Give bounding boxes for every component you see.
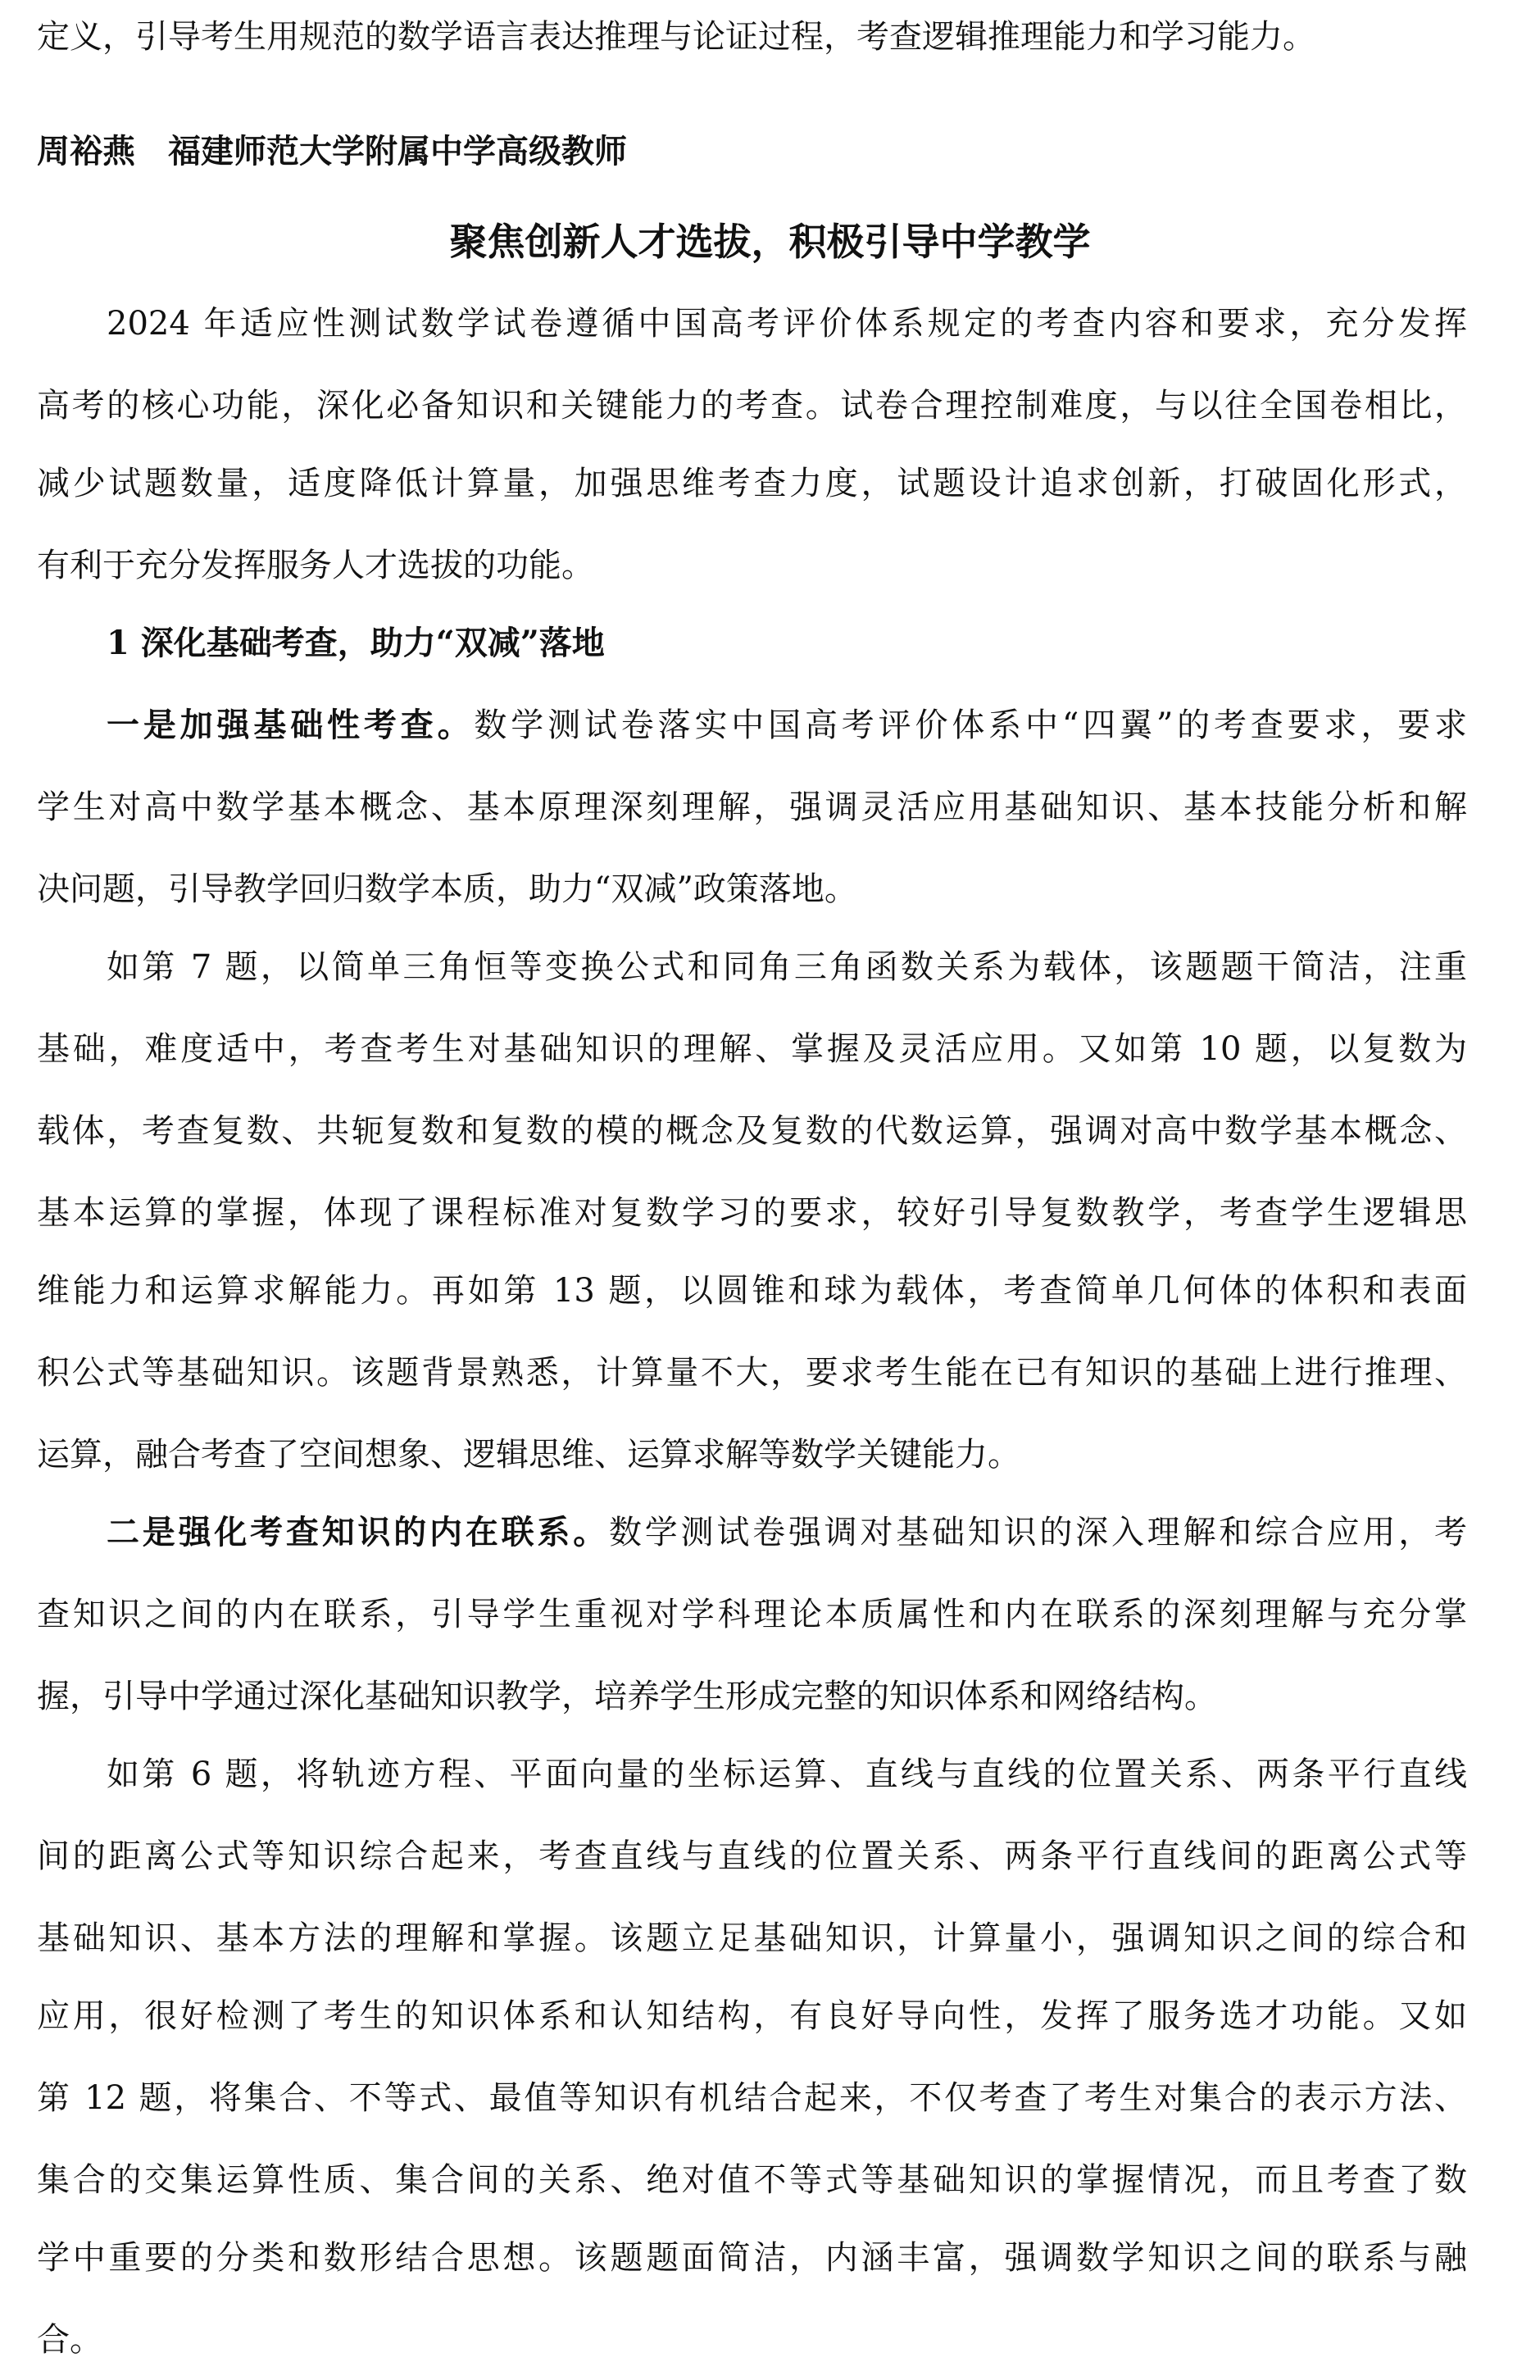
paragraph-line: 查知识之间的内在联系，引导学生重视对学科理论本质属性和内在联系的深刻理解与充分掌 xyxy=(37,1592,1467,1637)
intro-tail-text: 定义，引导考生用规范的数学语言表达推理与论证过程，考查逻辑推理能力和学习能力。 xyxy=(37,14,1467,60)
paragraph-line: 2024 年适应性测试数学试卷遵循中国高考评价体系规定的考查内容和要求，充分发挥 xyxy=(107,301,1467,347)
paragraph-line: 间的距离公式等知识综合起来，考查直线与直线的位置关系、两条平行直线间的距离公式等 xyxy=(37,1833,1467,1879)
paragraph-line: 基础，难度适中，考查考生对基础知识的理解、掌握及灵活应用。又如第 10 题，以复… xyxy=(37,1026,1467,1072)
paragraph-line: 基本运算的掌握，体现了课程标准对复数学习的要求，较好引导复数教学，考查学生逻辑思 xyxy=(37,1190,1467,1236)
paragraph-line: 如第 6 题，将轨迹方程、平面向量的坐标运算、直线与直线的位置关系、两条平行直线 xyxy=(107,1751,1467,1797)
paragraph-text: 数学测试卷落实中国高考评价体系中“四翼”的考查要求，要求 xyxy=(474,706,1467,744)
author-line: 周裕燕 福建师范大学附属中学高级教师 xyxy=(37,129,1467,175)
paragraph-line: 运算，融合考查了空间想象、逻辑思维、运算求解等数学关键能力。 xyxy=(37,1432,1467,1478)
paragraph-line: 减少试题数量，适度降低计算量，加强思维考查力度，试题设计追求创新，打破固化形式， xyxy=(37,461,1467,506)
paragraph-line: 第 12 题，将集合、不等式、最值等知识有机结合起来，不仅考查了考生对集合的表示… xyxy=(37,2075,1467,2121)
paragraph-line: 二是强化考查知识的内在联系。数学测试卷强调对基础知识的深入理解和综合应用，考 xyxy=(107,1510,1467,1556)
paragraph-line: 基础知识、基本方法的理解和掌握。该题立足基础知识，计算量小，强调知识之间的综合和 xyxy=(37,1915,1467,1961)
article-title: 聚焦创新人才选拔，积极引导中学教学 xyxy=(0,217,1540,266)
paragraph-line: 维能力和运算求解能力。再如第 13 题，以圆锥和球为载体，考查简单几何体的体积和… xyxy=(37,1268,1467,1314)
author-name: 周裕燕 xyxy=(37,132,135,170)
author-affiliation: 福建师范大学附属中学高级教师 xyxy=(168,132,627,170)
paragraph-line: 合。 xyxy=(37,2317,1467,2363)
paragraph-line: 有利于充分发挥服务人才选拔的功能。 xyxy=(37,543,1467,588)
paragraph-line: 高考的核心功能，深化必备知识和关键能力的考查。试卷合理控制难度，与以往全国卷相比… xyxy=(37,383,1467,429)
paragraph-line: 学中重要的分类和数形结合思想。该题题面简洁，内涵丰富，强调数学知识之间的联系与融 xyxy=(37,2235,1467,2281)
paragraph-line: 载体，考查复数、共轭复数和复数的模的概念及复数的代数运算，强调对高中数学基本概念… xyxy=(37,1108,1467,1154)
paragraph-line: 集合的交集运算性质、集合间的关系、绝对值不等式等基础知识的掌握情况，而且考查了数 xyxy=(37,2157,1467,2203)
paragraph-lead: 一是加强基础性考查。 xyxy=(107,706,474,744)
paragraph-text: 数学测试卷强调对基础知识的深入理解和综合应用，考 xyxy=(609,1514,1467,1551)
paragraph-line: 决问题，引导教学回归数学本质，助力“双减”政策落地。 xyxy=(37,866,1467,912)
paragraph-line: 握，引导中学通过深化基础知识教学，培养学生形成完整的知识体系和网络结构。 xyxy=(37,1674,1467,1719)
section-heading: 1 深化基础考查，助力“双减”落地 xyxy=(107,620,1467,666)
paragraph-line: 应用，很好检测了考生的知识体系和认知结构，有良好导向性，发挥了服务选才功能。又如 xyxy=(37,1993,1467,2039)
paragraph-line: 学生对高中数学基本概念、基本原理深刻理解，强调灵活应用基础知识、基本技能分析和解 xyxy=(37,784,1467,830)
paragraph-lead: 二是强化考查知识的内在联系。 xyxy=(107,1513,609,1551)
paragraph-line: 如第 7 题，以简单三角恒等变换公式和同角三角函数关系为载体，该题题干简洁，注重 xyxy=(107,944,1467,990)
paragraph-line: 积公式等基础知识。该题背景熟悉，计算量不大，要求考生能在已有知识的基础上进行推理… xyxy=(37,1350,1467,1396)
paragraph-line: 一是加强基础性考查。数学测试卷落实中国高考评价体系中“四翼”的考查要求，要求 xyxy=(107,702,1467,748)
